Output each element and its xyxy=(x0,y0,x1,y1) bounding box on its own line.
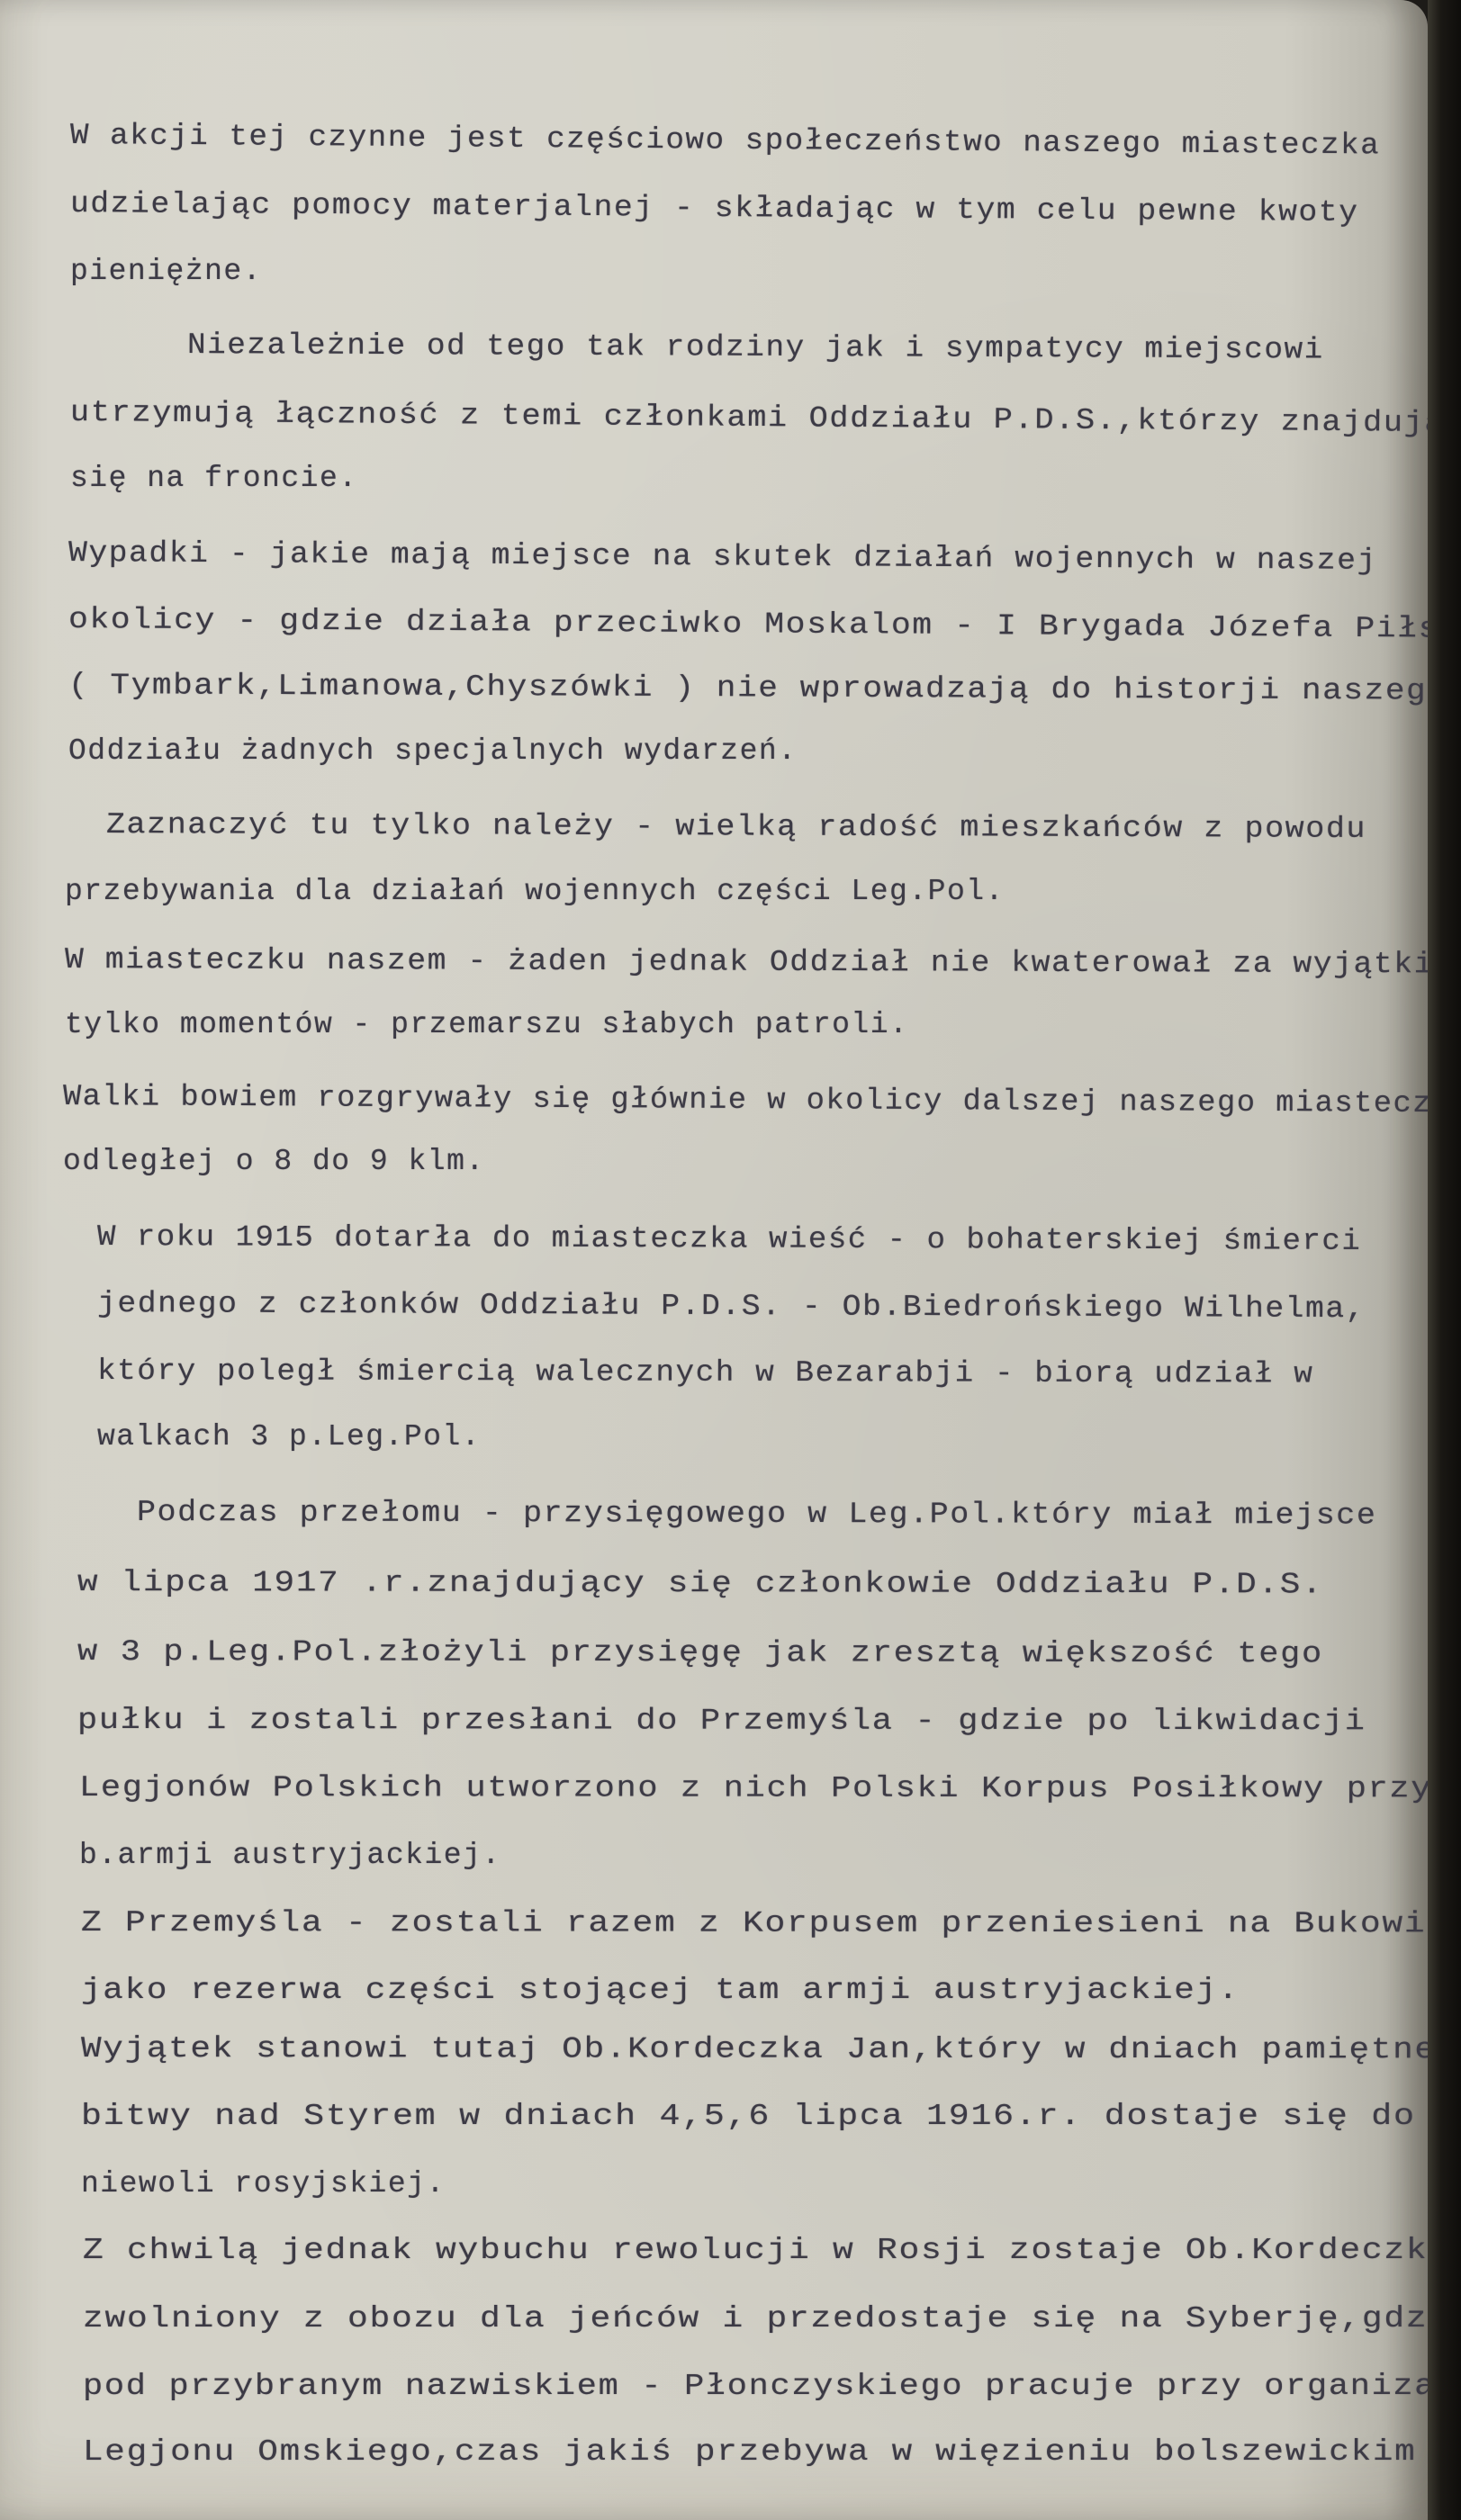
text-line: bitwy nad Styrem w dniach 4,5,6 lipca 19… xyxy=(81,2100,1416,2133)
text-line: Oddziału żadnych specjalnych wydarzeń. xyxy=(68,734,798,768)
text-line: zwolniony z obozu dla jeńców i przedosta… xyxy=(83,2302,1461,2335)
text-line: Legjonów Polskich utworzono z nich Polsk… xyxy=(79,1771,1432,1805)
text-line: Z Przemyśla - zostali razem z Korpusem p… xyxy=(81,1906,1461,1940)
text-line: okolicy - gdzie działa przeciwko Moskalo… xyxy=(68,603,1461,646)
text-line: walkach 3 p.Leg.Pol. xyxy=(97,1420,481,1453)
text-line: udzielając pomocy materjalnej - składają… xyxy=(70,187,1359,229)
text-line: w 3 p.Leg.Pol.złożyli przysięgę jak zres… xyxy=(77,1635,1323,1670)
text-line: Niezależnie od tego tak rodziny jak i sy… xyxy=(187,328,1324,367)
text-line: tylko momentów - przemarszu słabych patr… xyxy=(65,1008,908,1041)
text-line: przebywania dla działań wojennych części… xyxy=(65,875,1005,908)
text-line: Zaznaczyć tu tylko należy - wielką radoś… xyxy=(106,808,1366,846)
typewritten-page: W akcji tej czynne jest częściowo społec… xyxy=(0,0,1428,2520)
text-line: Wypadki - jakie mają miejsce na skutek d… xyxy=(68,536,1377,578)
text-line: Walki bowiem rozgrywały się głównie w ok… xyxy=(63,1080,1461,1120)
text-line: Podczas przełomu - przysięgowego w Leg.P… xyxy=(137,1496,1377,1533)
text-line: W miasteczku naszem - żaden jednak Oddzi… xyxy=(65,943,1461,981)
text-line: utrzymują łączność z temi członkami Oddz… xyxy=(70,396,1445,440)
text-line: w lipca 1917 .r.znajdujący się członkowi… xyxy=(77,1566,1323,1601)
binding-edge xyxy=(1428,0,1461,2520)
text-line: Z chwilą jednak wybuchu rewolucji w Rosj… xyxy=(83,2234,1450,2267)
text-line: W roku 1915 dotarła do miasteczka wieść … xyxy=(97,1220,1361,1258)
text-line: Legjonu Omskiego,czas jakiś przebywa w w… xyxy=(83,2435,1460,2469)
text-line: niewoli rosyjskiej. xyxy=(81,2167,446,2200)
text-line: b.armji austryjackiej. xyxy=(79,1839,501,1872)
text-line: który poległ śmiercią walecznych w Bezar… xyxy=(97,1354,1314,1391)
text-line: odległej o 8 do 9 klm. xyxy=(63,1145,485,1178)
text-line: pułku i zostali przesłani do Przemyśla -… xyxy=(77,1704,1366,1738)
text-line: Wyjątek stanowi tutaj Ob.Kordeczka Jan,k… xyxy=(81,2032,1458,2066)
text-line: jednego z członków Oddziału P.D.S. - Ob.… xyxy=(97,1287,1366,1326)
text-line: ( Tymbark,Limanowa,Chyszówki ) nie wprow… xyxy=(68,669,1448,708)
text-line: jako rezerwa części stojącej tam armji a… xyxy=(81,1974,1240,2007)
text-line: się na froncie. xyxy=(70,462,358,495)
text-line: pod przybranym nazwiskiem - Płonczyskieg… xyxy=(83,2370,1461,2403)
text-line: pieniężne. xyxy=(70,255,262,288)
text-line: W akcji tej czynne jest częściowo społec… xyxy=(70,119,1380,162)
